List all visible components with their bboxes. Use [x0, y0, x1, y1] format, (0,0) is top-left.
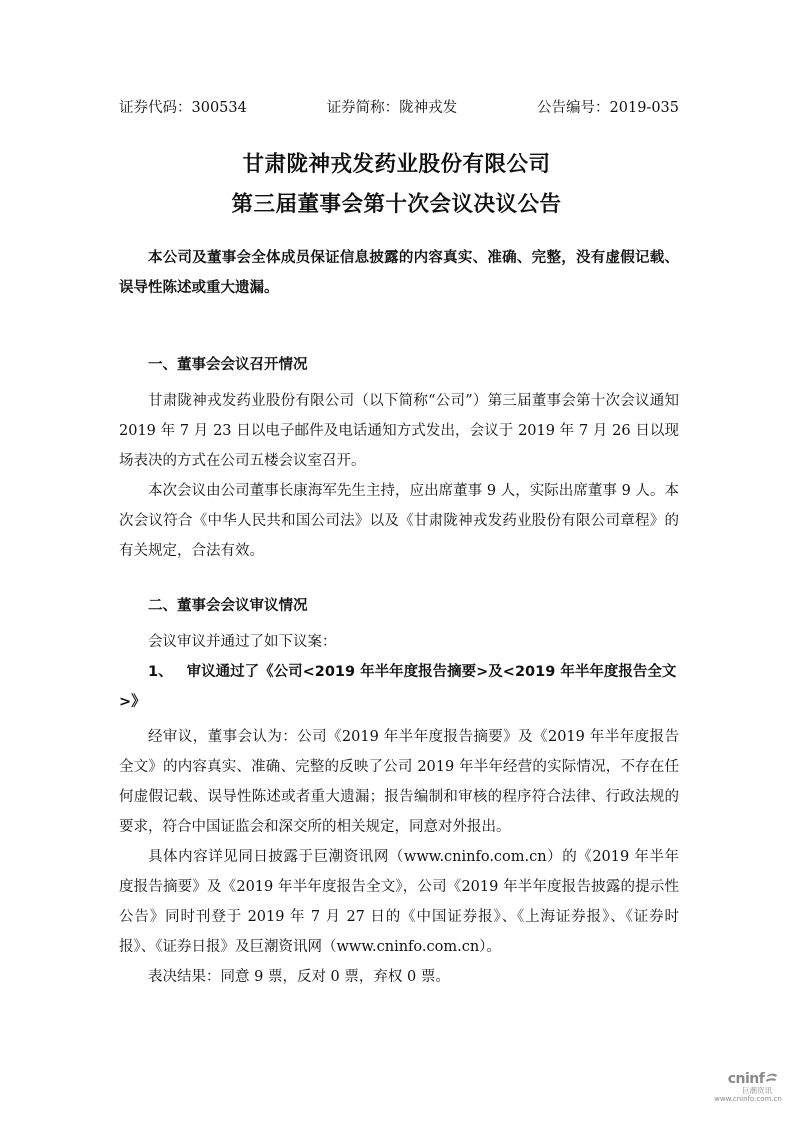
section-heading-meeting-convening: 一、董事会会议召开情况: [148, 353, 308, 374]
motion-item-number: 1、: [148, 664, 173, 680]
company-name-title: 甘肃陇神戎发药业股份有限公司: [0, 147, 793, 178]
paragraph-deliberation-intro: 会议审议并通过了如下议案：: [119, 627, 679, 657]
cninfo-swirl-icon: [765, 1073, 778, 1084]
stock-abbreviation: 证券简称：陇神戎发: [327, 96, 458, 117]
section-heading-meeting-deliberation: 二、董事会会议审议情况: [148, 594, 308, 615]
paragraph-board-opinion: 经审议，董事会认为：公司《2019 年半年度报告摘要》及《2019 年半年度报告…: [119, 722, 679, 842]
announcement-header: 证券代码：300534 证券简称：陇神戎发 公告编号：2019-035: [119, 96, 679, 117]
announcement-number: 公告编号：2019-035: [537, 96, 679, 117]
paragraph-voting-result: 表决结果：同意 9 票，反对 0 票，弃权 0 票。: [119, 962, 679, 992]
paragraph-meeting-attendance: 本次会议由公司董事长康海军先生主持，应出席董事 9 人，实际出席董事 9 人。本…: [119, 476, 679, 566]
motion-item-1-heading: 1、审议通过了《公司<2019 年半年度报告摘要>及<2019 年半年度报告全文…: [119, 657, 679, 717]
motion-item-title: 审议通过了《公司<2019 年半年度报告摘要>及<2019 年半年度报告全文>》: [119, 664, 676, 710]
cninfo-brand-chinese: 巨潮资讯: [722, 1086, 792, 1095]
paragraph-meeting-notice: 甘肃陇神戎发药业股份有限公司（以下简称“公司”）第三届董事会第十次会议通知 20…: [119, 386, 679, 476]
cninfo-watermark-logo: cninf 巨潮资讯 www.cninfo.com.cn: [714, 1072, 792, 1104]
disclaimer-statement: 本公司及董事会全体成员保证信息披露的内容真实、准确、完整，没有虚假记载、误导性陈…: [119, 243, 679, 303]
announcement-title: 第三届董事会第十次会议决议公告: [0, 187, 793, 218]
stock-code: 证券代码：300534: [119, 96, 247, 117]
cninfo-brand: cninf: [714, 1072, 792, 1086]
paragraph-disclosure-details: 具体内容详见同日披露于巨潮资讯网（www.cninfo.com.cn）的《201…: [119, 842, 679, 962]
cninfo-url: www.cninfo.com.cn: [704, 1095, 792, 1104]
